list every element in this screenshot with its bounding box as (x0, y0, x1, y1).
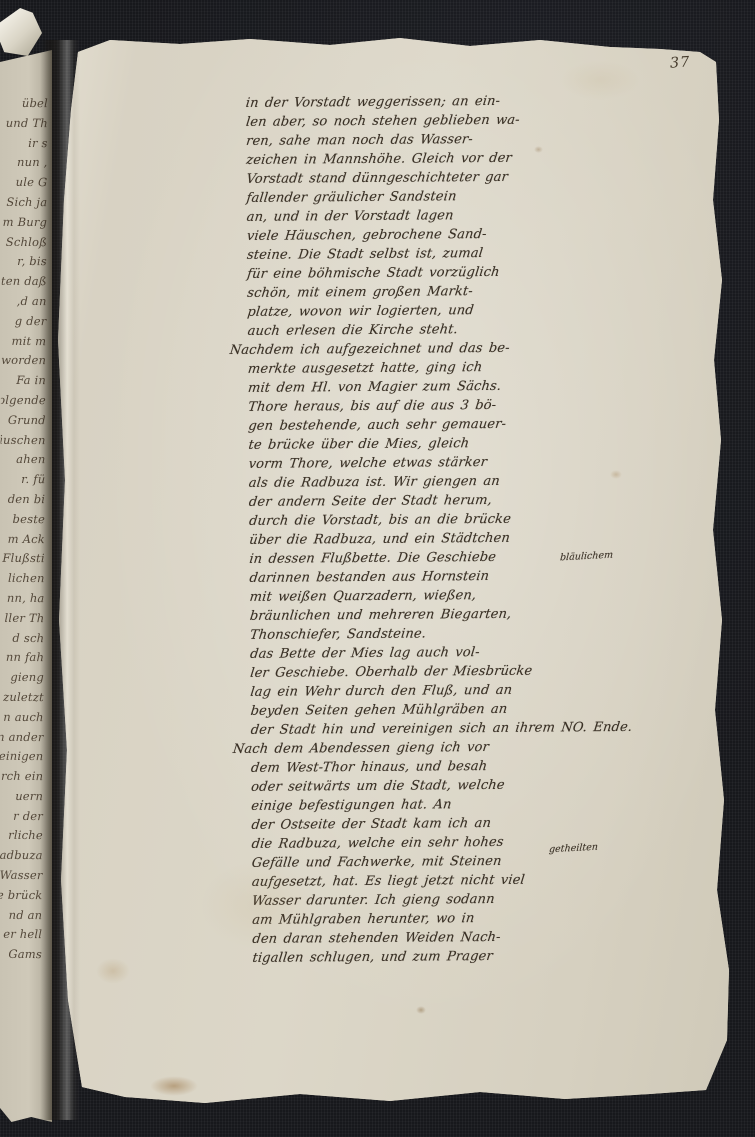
paragraph-2: Nachdem ich aufgezeichnet und das be-mer… (247, 337, 728, 740)
left-page-text-fragment: ule G (2, 173, 50, 193)
left-page-text-fragment: d sch (0, 628, 47, 648)
left-page-text-fragment: tten daß (2, 272, 50, 292)
left-page-text-fragment: g der (1, 312, 49, 332)
left-page-text-fragment: d an, (2, 292, 50, 312)
left-page-text-fragment: nn, ha (0, 589, 48, 609)
left-page-text-fragment: im Burg (2, 213, 50, 233)
left-page-text-fragment: Radbuza (0, 846, 46, 866)
page-corner-curl (0, 8, 42, 56)
facing-page-text-fragments: übelund Thir s, nunule GSich jaim BurgSc… (0, 94, 51, 965)
left-page-text-fragment: Sich ja (2, 193, 50, 213)
left-page-text-fragment: Grund (1, 411, 49, 431)
left-page-text-fragment: durch ein (0, 767, 46, 787)
left-page-text-fragment: mit m (1, 331, 49, 351)
left-page-text-fragment: nn fah (0, 648, 47, 668)
left-page-text-fragment: Gams (0, 945, 45, 965)
paragraph-1: in der Vorstadt weggerissen; an ein-len … (245, 90, 725, 341)
left-page-text-fragment: r. fü (0, 470, 48, 490)
page-number: 37 (669, 54, 691, 71)
left-page-text-fragment: gieng (0, 668, 47, 688)
left-page-text-fragment: r der (0, 807, 46, 827)
left-page-text-fragment: Wasser (0, 866, 46, 886)
left-page-text-fragment: lichen (0, 569, 48, 589)
left-page-text-fragment: den bi (0, 490, 48, 510)
left-page-text-fragment: er hell (0, 925, 45, 945)
left-page-text-fragment: steinigen (0, 747, 46, 767)
left-page-text-fragment: Fa in (1, 371, 49, 391)
handwritten-text-block: in der Vorstadt weggerissen; an ein-len … (245, 90, 730, 968)
left-page-text-fragment: Schloß (2, 232, 50, 252)
handwritten-line: tigallen schlugen, und zum Prager (251, 945, 731, 968)
left-page-text-fragment: s folgende (1, 391, 49, 411)
left-page-text-fragment: zuletzt (0, 688, 47, 708)
left-page-text-fragment: und Th (3, 114, 51, 134)
left-page-text-fragment: nd an (0, 905, 45, 925)
left-page-text-fragment: ller Th (0, 609, 47, 629)
left-page-text-fragment: worden (1, 351, 49, 371)
left-page-text-fragment: , nun (2, 153, 50, 173)
left-page-text-fragment: ir s (3, 133, 51, 153)
left-page-text-fragment: Flußsti (0, 549, 48, 569)
left-page-text-fragment: äuschen (1, 430, 49, 450)
left-page-text-fragment: rliche (0, 826, 46, 846)
paragraph-3: Nach dem Abendessen gieng ich vordem Wes… (250, 736, 730, 968)
left-page-text-fragment: e brück (0, 886, 46, 906)
left-page-text-fragment: m Ack (0, 529, 48, 549)
scanned-manuscript-background: übelund Thir s, nunule GSich jaim BurgSc… (0, 0, 755, 1137)
left-page-text-fragment: beste (0, 510, 48, 530)
left-page-text-fragment: n auch (0, 708, 47, 728)
left-page-text-fragment: übel (3, 94, 51, 114)
left-page-text-fragment: ahen (0, 450, 48, 470)
left-page-text-fragment: uern (0, 787, 46, 807)
left-page-text-fragment: r, bis (2, 252, 50, 272)
left-page-text-fragment: n ander (0, 727, 47, 747)
